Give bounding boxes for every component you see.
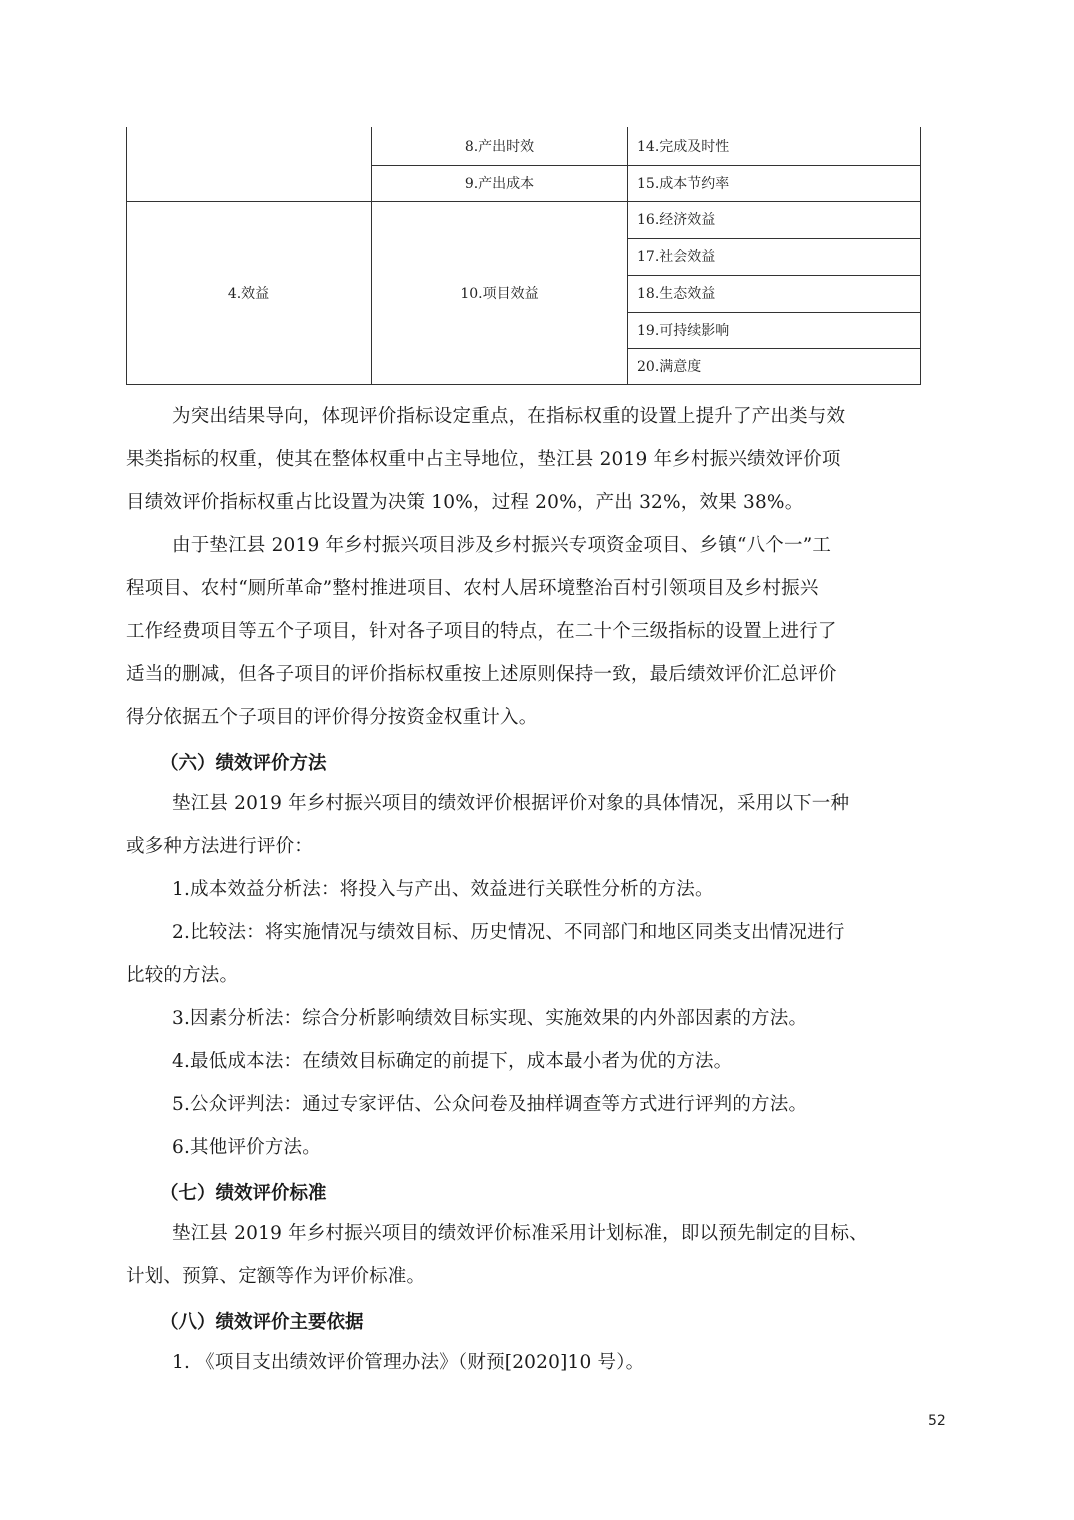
table-cell: 19.可持续影响 [637,323,729,339]
table-cell: 20.满意度 [637,359,701,375]
section-heading-6: （六）绩效评价方法 [160,749,327,775]
paragraph-line: 工作经费项目等五个子项目，针对各子项目的特点，在二十个三级指标的设置上进行了 [126,620,946,644]
table-border-left [126,127,127,385]
section-heading-8: （八）绩效评价主要依据 [160,1308,364,1334]
list-item: 6.其他评价方法。 [172,1136,992,1160]
list-item: 2.比较法：将实施情况与绩效目标、历史情况、不同部门和地区同类支出情况进行 [172,921,992,945]
section-heading-7: （七）绩效评价标准 [160,1179,327,1205]
table-cell: 14.完成及时性 [637,139,729,155]
list-item: 比较的方法。 [126,964,946,988]
row-divider [627,348,921,349]
paragraph-line: 垫江县 2019 年乡村振兴项目的绩效评价标准采用计划标准，即以预先制定的目标、 [172,1222,992,1246]
list-item: 5.公众评判法：通过专家评估、公众问卷及抽样调查等方式进行评判的方法。 [172,1093,992,1117]
page-number: 52 [928,1413,946,1429]
paragraph-line: 得分依据五个子项目的评价得分按资金权重计入。 [126,706,946,730]
table-cell: 17.社会效益 [637,249,715,265]
indicator-table: 8.产出时效 14.完成及时性 9.产出成本 15.成本节约率 4.效益 10.… [126,127,921,385]
table-cell: 15.成本节约率 [637,176,729,192]
row-divider [627,312,921,313]
list-item: 1.成本效益分析法：将投入与产出、效益进行关联性分析的方法。 [172,878,992,902]
list-item: 1. 《项目支出绩效评价管理办法》（财预[2020]10 号）。 [172,1351,992,1375]
paragraph-line: 垫江县 2019 年乡村振兴项目的绩效评价根据评价对象的具体情况，采用以下一种 [172,792,992,816]
paragraph-line: 或多种方法进行评价： [126,835,946,859]
paragraph-line: 为突出结果导向，体现评价指标设定重点，在指标权重的设置上提升了产出类与效 [172,405,992,429]
row-divider [371,165,921,166]
row-divider [627,275,921,276]
paragraph-line: 程项目、农村“厕所革命”整村推进项目、农村人居环境整治百村引领项目及乡村振兴 [126,577,946,601]
table-cell: 10.项目效益 [372,286,627,302]
paragraph-line: 果类指标的权重，使其在整体权重中占主导地位，垫江县 2019 年乡村振兴绩效评价… [126,448,946,472]
list-item: 3.因素分析法：综合分析影响绩效目标实现、实施效果的内外部因素的方法。 [172,1007,992,1031]
list-item: 4.最低成本法：在绩效目标确定的前提下，成本最小者为优的方法。 [172,1050,992,1074]
table-cell: 4.效益 [126,286,371,302]
paragraph-line: 目绩效评价指标权重占比设置为决策 10%，过程 20%，产出 32%，效果 38… [126,491,946,515]
paragraph-line: 计划、预算、定额等作为评价标准。 [126,1265,946,1289]
table-cell: 8.产出时效 [372,139,627,155]
paragraph-line: 适当的删减，但各子项目的评价指标权重按上述原则保持一致，最后绩效评价汇总评价 [126,663,946,687]
paragraph-line: 由于垫江县 2019 年乡村振兴项目涉及乡村振兴专项资金项目、乡镇“八个一”工 [172,534,992,558]
row-divider [126,201,921,202]
table-cell: 9.产出成本 [372,176,627,192]
table-cell: 16.经济效益 [637,212,715,228]
table-border-bottom [126,384,921,385]
row-divider [627,238,921,239]
table-cell: 18.生态效益 [637,286,715,302]
